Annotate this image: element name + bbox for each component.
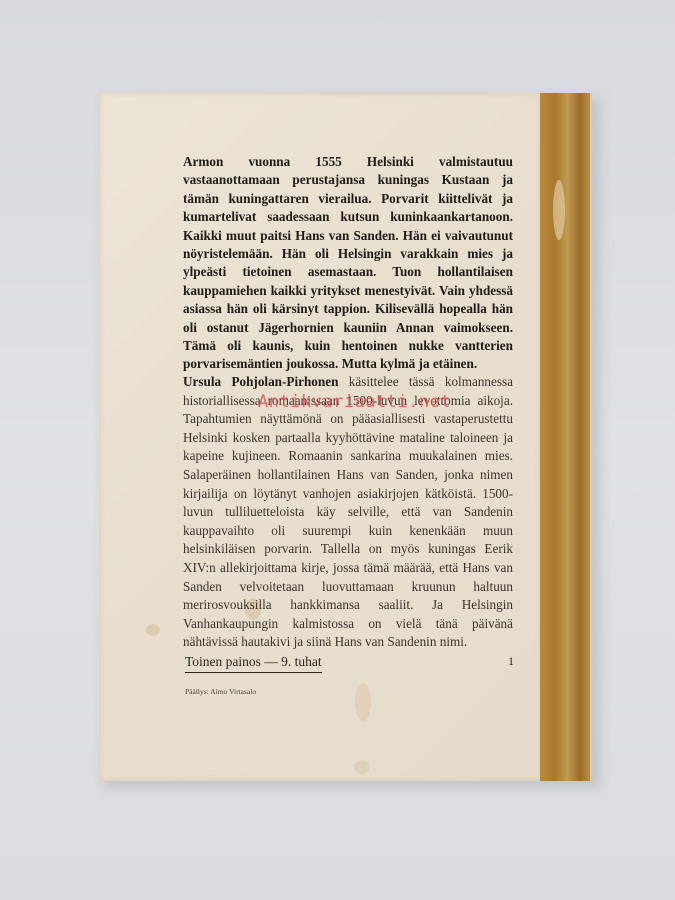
edition-line: Toinen painos — 9. tuhat: [185, 654, 322, 673]
watermark: Antikvariaatti.net: [258, 392, 451, 412]
cover-designer-credit: Päällys: Aimo Virtasalo: [185, 687, 256, 696]
description-body: käsittelee tässä kolmannessa historialli…: [183, 374, 513, 649]
book-spine: [540, 93, 592, 781]
page-number: 1: [508, 654, 514, 669]
author-name: Ursula Pohjolan-Pirhonen: [183, 374, 338, 389]
stain-mark: [355, 683, 371, 721]
spine-wear-mark: [553, 180, 565, 240]
blurb-text: Armon vuonna 1555 Helsinki valmistautuu …: [183, 153, 513, 374]
stain-mark: [146, 624, 160, 636]
description-text: Ursula Pohjolan-Pirhonen käsittelee täss…: [183, 373, 513, 652]
stain-mark: [354, 760, 370, 774]
